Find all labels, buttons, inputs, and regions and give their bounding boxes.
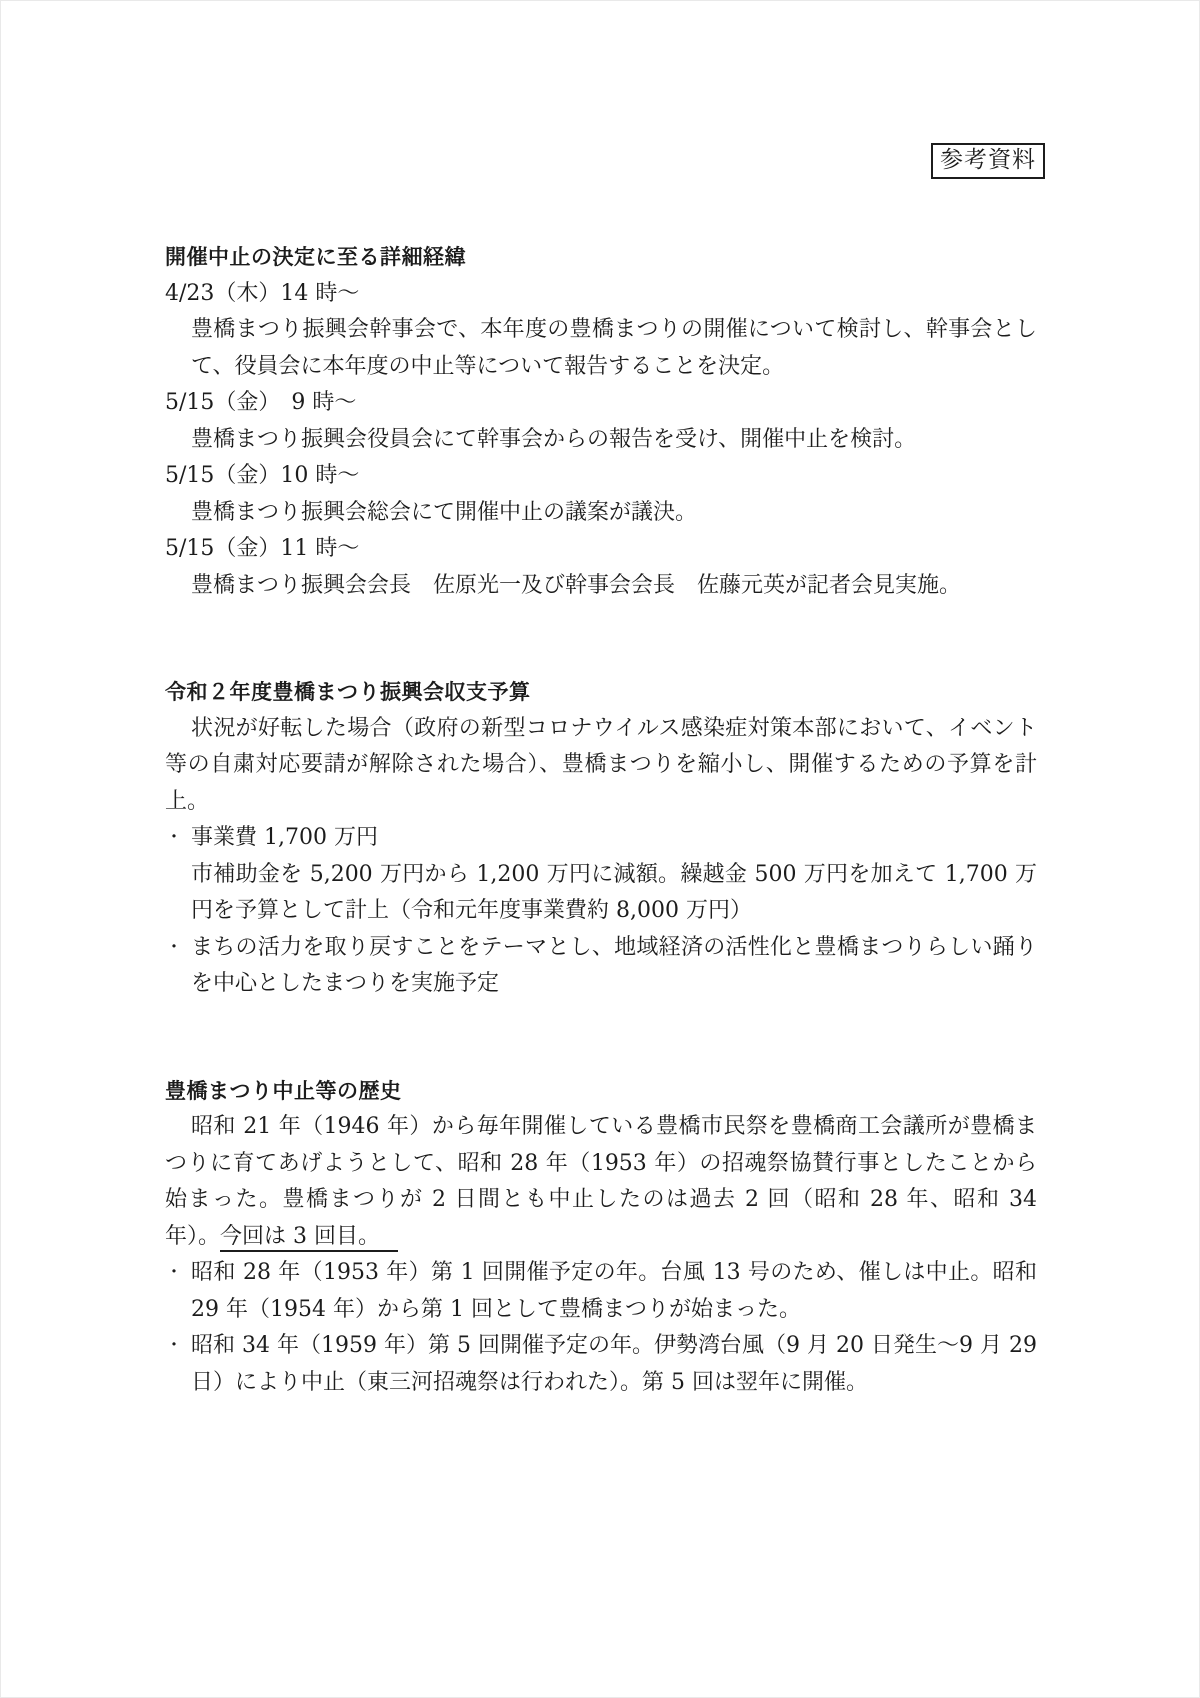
timeline-heading: 開催中止の決定に至る詳細経緯 <box>165 239 1037 276</box>
budget-bullet-1: ・ 事業費 1,700 万円 市補助金を 5,200 万円から 1,200 万円… <box>165 820 1037 930</box>
budget-bullet-2-body: まちの活力を取り戻すことをテーマとし、地域経済の活性化と豊橋まつりらしい踊りを中… <box>191 930 1037 1003</box>
history-bullet-2-body: 昭和 34 年（1959 年）第 5 回開催予定の年。伊勢湾台風（9 月 20 … <box>191 1328 1037 1401</box>
budget-bullet-1-detail: 市補助金を 5,200 万円から 1,200 万円に減額。繰越金 500 万円を… <box>191 857 1037 930</box>
budget-bullet-2: ・ まちの活力を取り戻すことをテーマとし、地域経済の活性化と豊橋まつりらしい踊り… <box>165 930 1037 1003</box>
budget-heading: 令和２年度豊橋まつり振興会収支予算 <box>165 674 1037 711</box>
bullet-dot-icon: ・ <box>165 820 191 857</box>
reference-label-box: 参考資料 <box>931 143 1045 179</box>
timeline-entry-2-detail: 豊橋まつり振興会役員会にて幹事会からの報告を受け、開催中止を検討。 <box>165 422 1037 459</box>
timeline-entry-3-time: 5/15（金）10 時～ <box>165 458 1037 495</box>
budget-bullet-1-body: 事業費 1,700 万円 市補助金を 5,200 万円から 1,200 万円に減… <box>191 820 1037 930</box>
history-bullet-1-body: 昭和 28 年（1953 年）第 1 回開催予定の年。台風 13 号のため、催し… <box>191 1255 1037 1328</box>
history-bullet-1: ・ 昭和 28 年（1953 年）第 1 回開催予定の年。台風 13 号のため、… <box>165 1255 1037 1328</box>
budget-bullet-1-lead: 事業費 1,700 万円 <box>191 820 1037 857</box>
timeline-entry-3-detail: 豊橋まつり振興会総会にて開催中止の議案が議決。 <box>165 495 1037 532</box>
section-timeline: 開催中止の決定に至る詳細経緯 4/23（木）14 時～ 豊橋まつり振興会幹事会で… <box>165 239 1037 604</box>
budget-intro: 状況が好転した場合（政府の新型コロナウイルス感染症対策本部において、イベント等の… <box>165 711 1037 821</box>
timeline-entry-1: 4/23（木）14 時～ 豊橋まつり振興会幹事会で、本年度の豊橋まつりの開催につ… <box>165 276 1037 386</box>
document-page: 参考資料 開催中止の決定に至る詳細経緯 4/23（木）14 時～ 豊橋まつり振興… <box>0 0 1200 1698</box>
document-content: 開催中止の決定に至る詳細経緯 4/23（木）14 時～ 豊橋まつり振興会幹事会で… <box>165 239 1037 1401</box>
section-budget: 令和２年度豊橋まつり振興会収支予算 状況が好転した場合（政府の新型コロナウイルス… <box>165 674 1037 1003</box>
timeline-entry-4-detail: 豊橋まつり振興会会長 佐原光一及び幹事会会長 佐藤元英が記者会見実施。 <box>165 568 1037 605</box>
timeline-entry-1-detail: 豊橋まつり振興会幹事会で、本年度の豊橋まつりの開催について検討し、幹事会として、… <box>165 312 1037 385</box>
reference-label: 参考資料 <box>940 147 1036 173</box>
history-intro: 昭和 21 年（1946 年）から毎年開催している豊橋市民祭を豊橋商工会議所が豊… <box>165 1109 1037 1255</box>
bullet-dot-icon: ・ <box>165 1255 191 1292</box>
timeline-entry-4: 5/15（金）11 時～ 豊橋まつり振興会会長 佐原光一及び幹事会会長 佐藤元英… <box>165 531 1037 604</box>
bullet-dot-icon: ・ <box>165 1328 191 1365</box>
history-intro-underlined: 今回は 3 回目。 <box>220 1224 398 1252</box>
bullet-dot-icon: ・ <box>165 930 191 967</box>
section-history: 豊橋まつり中止等の歴史 昭和 21 年（1946 年）から毎年開催している豊橋市… <box>165 1073 1037 1402</box>
timeline-entry-2-time: 5/15（金） 9 時～ <box>165 385 1037 422</box>
timeline-entry-4-time: 5/15（金）11 時～ <box>165 531 1037 568</box>
timeline-entry-3: 5/15（金）10 時～ 豊橋まつり振興会総会にて開催中止の議案が議決。 <box>165 458 1037 531</box>
history-bullet-2: ・ 昭和 34 年（1959 年）第 5 回開催予定の年。伊勢湾台風（9 月 2… <box>165 1328 1037 1401</box>
history-bullet-2-lead: 昭和 34 年（1959 年）第 5 回開催予定の年。伊勢湾台風（9 月 20 … <box>191 1328 1037 1401</box>
history-heading: 豊橋まつり中止等の歴史 <box>165 1073 1037 1110</box>
timeline-entry-2: 5/15（金） 9 時～ 豊橋まつり振興会役員会にて幹事会からの報告を受け、開催… <box>165 385 1037 458</box>
timeline-entry-1-time: 4/23（木）14 時～ <box>165 276 1037 313</box>
budget-bullet-2-lead: まちの活力を取り戻すことをテーマとし、地域経済の活性化と豊橋まつりらしい踊りを中… <box>191 930 1037 1003</box>
history-bullet-1-lead: 昭和 28 年（1953 年）第 1 回開催予定の年。台風 13 号のため、催し… <box>191 1255 1037 1328</box>
